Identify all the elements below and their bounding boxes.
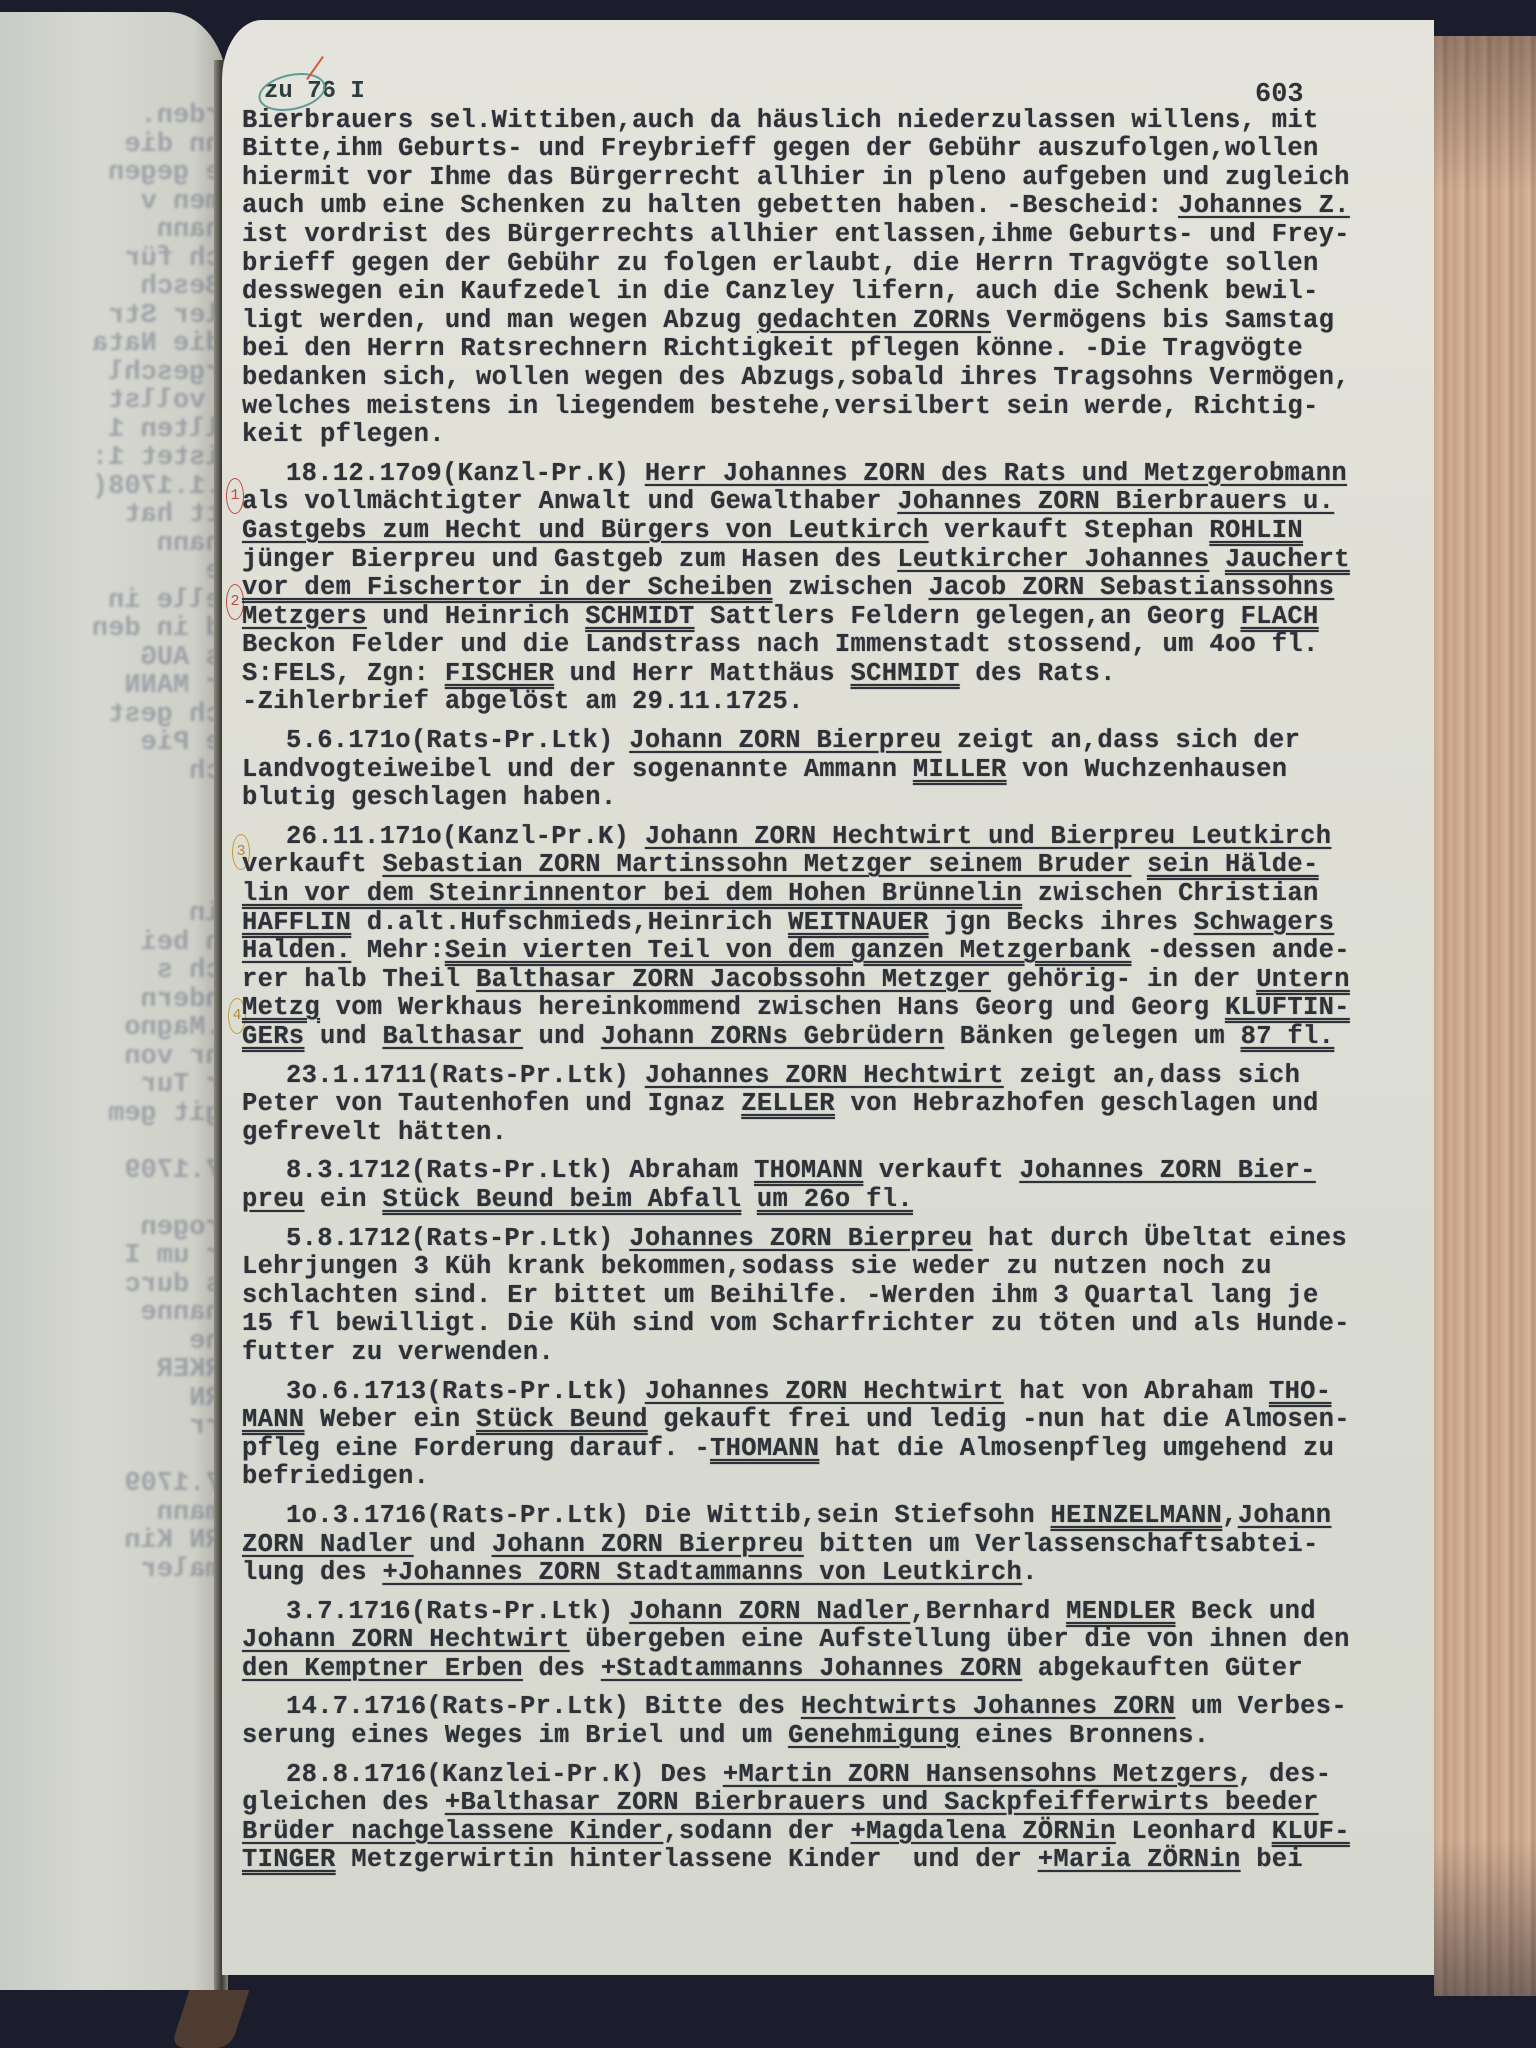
record-entry: 28.8.1716(Kanzlei-Pr.K) Des +Martin ZORN… xyxy=(242,1761,1422,1875)
text-run: um Verbes- xyxy=(1175,1692,1347,1721)
text-line: welches meistens in liegendem bestehe,ve… xyxy=(242,393,1422,422)
text-run: Sattlers Feldern gelegen,an Georg xyxy=(694,602,1240,631)
text-run: Beck und xyxy=(1175,1597,1315,1626)
text-run: 5.6.171o(Rats-Pr.Ltk) xyxy=(286,726,629,755)
text-run: welches meistens in liegendem bestehe,ve… xyxy=(242,392,1319,421)
text-run: , des- xyxy=(1238,1760,1332,1789)
underlined-name: den Kemptner Erben xyxy=(242,1654,523,1683)
double-underlined-term: FISCHER xyxy=(445,659,554,688)
record-entry: 5.8.1712(Rats-Pr.Ltk) Johannes ZORN Bier… xyxy=(242,1225,1422,1368)
double-underlined-term: HAFFLIN xyxy=(242,908,351,937)
record-entry: zu 76 IBierbrauers sel.Wittiben,auch da … xyxy=(242,78,1422,450)
underlined-name: Leutkircher Johannes xyxy=(897,545,1209,574)
text-line: S:FELS, Zgn: FISCHER und Herr Matthäus S… xyxy=(242,660,1422,689)
text-line: als vollmächtigter Anwalt und Gewalthabe… xyxy=(242,488,1422,517)
double-underlined-term: ZELLER xyxy=(741,1089,835,1118)
text-run: hat von Abraham xyxy=(1004,1377,1269,1406)
text-line: Johann ZORN Hechtwirt übergeben eine Auf… xyxy=(242,1626,1422,1655)
text-run xyxy=(741,1185,757,1214)
underlined-name: Jacob ZORN Sebastianssohns xyxy=(929,573,1335,602)
text-line: bedanken sich, wollen wegen des Abzugs,s… xyxy=(242,364,1422,393)
text-run: und xyxy=(523,1022,601,1051)
text-line: serung eines Weges im Briel und um Geneh… xyxy=(242,1722,1422,1751)
double-underlined-term: MANN xyxy=(242,1405,304,1434)
underlined-name: +Johannes ZORN Stadtammanns von Leutkirc… xyxy=(382,1558,1022,1587)
text-run: hat durch Übeltat eines xyxy=(973,1224,1347,1253)
text-line: 14.7.1716(Rats-Pr.Ltk) Bitte des Hechtwi… xyxy=(242,1693,1422,1722)
underlined-name: Hechtwirts Johannes ZORN xyxy=(801,1692,1175,1721)
record-entry: 18.12.17o9(Kanzl-Pr.K) Herr Johannes ZOR… xyxy=(242,460,1422,717)
text-line: Bitte,ihm Geburts- und Freybrieff gegen … xyxy=(242,135,1422,164)
text-line: pfleg eine Forderung darauf. -THOMANN ha… xyxy=(242,1435,1422,1464)
text-run: 15 fl bewilligt. Die Küh sind vom Scharf… xyxy=(242,1309,1350,1338)
text-line: gefrevelt hätten. xyxy=(242,1119,1422,1148)
text-line: -Zihlerbrief abgelöst am 29.11.1725. xyxy=(242,688,1422,717)
text-run: bedanken sich, wollen wegen des Abzugs,s… xyxy=(242,363,1350,392)
text-run: hiermit vor Ihme das Bürgerrecht allhier… xyxy=(242,163,1350,192)
double-underlined-term: 87 fl. xyxy=(1241,1022,1335,1051)
underlined-name: Metzgers xyxy=(242,602,367,631)
underlined-name: Johann ZORN Nadler xyxy=(629,1597,910,1626)
underlined-name: +Stadtammanns Johannes ZORN xyxy=(601,1654,1022,1683)
text-line: 5.8.1712(Rats-Pr.Ltk) Johannes ZORN Bier… xyxy=(242,1225,1422,1254)
text-line: bei den Herrn Ratsrechnern Richtigkeit p… xyxy=(242,335,1422,364)
text-line: hiermit vor Ihme das Bürgerrecht allhier… xyxy=(242,164,1422,193)
text-line: Metzgers und Heinrich SCHMIDT Sattlers F… xyxy=(242,603,1422,632)
text-line: Peter von Tautenhofen und Ignaz ZELLER v… xyxy=(242,1090,1422,1119)
text-run: -Zihlerbrief abgelöst am 29.11.1725. xyxy=(242,687,804,716)
text-run: bei xyxy=(1241,1845,1303,1874)
text-run: keit pflegen. xyxy=(242,420,445,449)
double-underlined-term: HEINZELMANN xyxy=(1051,1501,1223,1530)
document-body: zu 76 IBierbrauers sel.Wittiben,auch da … xyxy=(242,78,1422,1885)
text-run: Mehr: xyxy=(351,936,445,965)
text-run: Weber ein xyxy=(304,1405,476,1434)
text-line: 5.6.171o(Rats-Pr.Ltk) Johann ZORN Bierpr… xyxy=(242,727,1422,756)
text-run: pfleg eine Forderung darauf. - xyxy=(242,1434,710,1463)
text-run: abgekauften Güter xyxy=(1022,1654,1303,1683)
text-line: Lehrjungen 3 Küh krank bekommen,sodass s… xyxy=(242,1253,1422,1282)
double-underlined-term: FLACH xyxy=(1241,602,1319,631)
record-entry: 1o.3.1716(Rats-Pr.Ltk) Die Wittib,sein S… xyxy=(242,1502,1422,1588)
text-run: ,Bernhard xyxy=(910,1597,1066,1626)
text-line: 23.1.1711(Rats-Pr.Ltk) Johannes ZORN Hec… xyxy=(242,1062,1422,1091)
underlined-name: Johann ZORN Hechtwirt xyxy=(242,1625,570,1654)
text-line: Metzg vom Werkhaus hereinkommend zwische… xyxy=(242,994,1422,1023)
text-line: blutig geschlagen haben. xyxy=(242,784,1422,813)
text-run: vom Werkhaus hereinkommend zwischen Hans… xyxy=(320,993,1225,1022)
underlined-name: Balthasar ZORN Jacobssohn Metzger xyxy=(476,965,991,994)
text-run: brieff gegen der Gebühr zu folgen erlaub… xyxy=(242,249,1319,278)
double-underlined-term: SCHMIDT xyxy=(851,659,960,688)
text-line: MANN Weber ein Stück Beund gekauft frei … xyxy=(242,1406,1422,1435)
double-underlined-term: Stück Beund beim Abfall xyxy=(382,1185,741,1214)
underlined-name: Johann ZORN Hechtwirt und Bierpreu Leutk… xyxy=(645,822,1332,851)
text-run: 28.8.1716(Kanzlei-Pr.K) Des xyxy=(286,1760,723,1789)
text-run: und xyxy=(414,1530,492,1559)
text-run: zwischen Christian xyxy=(1022,879,1318,908)
text-line: 26.11.171o(Kanzl-Pr.K) Johann ZORN Hecht… xyxy=(242,823,1422,852)
text-run: Landvogteiweibel und der sogenannte Amma… xyxy=(242,755,913,784)
text-run: -dessen ande- xyxy=(1131,936,1349,965)
text-line: Brüder nachgelassene Kinder,sodann der +… xyxy=(242,1818,1422,1847)
text-run: lung des xyxy=(242,1558,382,1587)
text-run: übergeben eine Aufstellung über die von … xyxy=(570,1625,1350,1654)
text-run: schlachten sind. Er bittet um Beihilfe. … xyxy=(242,1281,1319,1310)
text-run: 3.7.1716(Rats-Pr.Ltk) xyxy=(286,1597,629,1626)
text-run: als vollmächtigter Anwalt und Gewalthabe… xyxy=(242,487,897,516)
text-run: gekauft frei und ledig -nun hat die Almo… xyxy=(648,1405,1350,1434)
text-line: GERs und Balthasar und Johann ZORNs Gebr… xyxy=(242,1023,1422,1052)
text-run: zeigt an,dass sich xyxy=(1004,1061,1300,1090)
underlined-name: Gastgebs zum Hecht und Bürgers von Leutk… xyxy=(242,516,929,545)
text-run: serung eines Weges im Briel und um xyxy=(242,1721,788,1750)
text-run: ,sodann der xyxy=(663,1817,850,1846)
left-page-bleed-text: worden. dann die lte gegen ommen v Johan… xyxy=(0,102,228,1584)
double-underlined-term: THOMANN xyxy=(710,1434,819,1463)
text-run: S:FELS, Zgn: xyxy=(242,659,445,688)
underlined-name: ZORN Nadler xyxy=(242,1530,414,1559)
underlined-name: Johannes Z. xyxy=(1178,191,1350,220)
text-line: befriedigen. xyxy=(242,1463,1422,1492)
text-run: blutig geschlagen haben. xyxy=(242,783,616,812)
text-line: Gastgebs zum Hecht und Bürgers von Leutk… xyxy=(242,517,1422,546)
underlined-name: Johannes ZORN Bierbrauers u. xyxy=(897,487,1334,516)
text-run xyxy=(1209,545,1225,574)
text-run: und Heinrich xyxy=(367,602,585,631)
underlined-name: Schwagers xyxy=(1194,908,1334,937)
underlined-name: Johannes ZORN Hechtwirt xyxy=(645,1377,1004,1406)
double-underlined-term: KLUFTIN- xyxy=(1225,993,1350,1022)
underlined-name: Johann ZORNs Gebrüdern xyxy=(601,1022,944,1051)
text-run: desswegen ein Kaufzedel in die Canzley l… xyxy=(242,277,1319,306)
text-run: Bierbrauers sel.Wittiben,auch da häuslic… xyxy=(242,106,1319,135)
text-run: ein xyxy=(304,1185,382,1214)
double-underlined-term: TINGER xyxy=(242,1845,336,1874)
text-run: Beckon Felder und die Landstrass nach Im… xyxy=(242,630,1319,659)
text-line: keit pflegen. xyxy=(242,421,1422,450)
record-entry: 5.6.171o(Rats-Pr.Ltk) Johann ZORN Bierpr… xyxy=(242,727,1422,813)
text-line: rer halb Theil Balthasar ZORN Jacobssohn… xyxy=(242,966,1422,995)
text-run: Peter von Tautenhofen und Ignaz xyxy=(242,1089,741,1118)
text-run: gleichen des xyxy=(242,1788,445,1817)
underlined-name: Johann xyxy=(1238,1501,1332,1530)
text-run: ligt werden, und man wegen Abzug xyxy=(242,306,757,335)
double-underlined-term: MILLER xyxy=(913,755,1007,784)
text-run: befriedigen. xyxy=(242,1462,429,1491)
text-run: des xyxy=(523,1654,601,1683)
record-entry: 3o.6.1713(Rats-Pr.Ltk) Johannes ZORN Hec… xyxy=(242,1378,1422,1492)
bookmark-ribbon xyxy=(171,1990,250,2048)
text-run: zwischen xyxy=(772,573,928,602)
text-run: 23.1.1711(Rats-Pr.Ltk) xyxy=(286,1061,645,1090)
text-line: jünger Bierpreu und Gastgeb zum Hasen de… xyxy=(242,546,1422,575)
record-entry: 26.11.171o(Kanzl-Pr.K) Johann ZORN Hecht… xyxy=(242,823,1422,1052)
text-run: Vermögens bis Samstag xyxy=(991,306,1334,335)
text-run: rer halb Theil xyxy=(242,965,476,994)
text-line: 1o.3.1716(Rats-Pr.Ltk) Die Wittib,sein S… xyxy=(242,1502,1422,1531)
text-run: Bitte,ihm Geburts- und Freybrieff gegen … xyxy=(242,134,1319,163)
double-underlined-term: lin vor dem Steinrinnentor bei dem Hohen… xyxy=(242,879,1022,908)
text-run: . xyxy=(1022,1558,1038,1587)
text-run: von Wuchzenhausen xyxy=(1007,755,1288,784)
text-run: verkauft xyxy=(242,850,382,879)
underlined-name: Balthasar xyxy=(382,1022,522,1051)
underlined-name: Herr Johannes ZORN des Rats und Metzgero… xyxy=(645,459,1347,488)
underlined-name: Johann ZORN Bierpreu xyxy=(492,1530,804,1559)
text-line: 15 fl bewilligt. Die Küh sind vom Scharf… xyxy=(242,1310,1422,1339)
double-underlined-term: Untern xyxy=(1256,965,1350,994)
text-line: 28.8.1716(Kanzlei-Pr.K) Des +Martin ZORN… xyxy=(242,1761,1422,1790)
underlined-name: +Balthasar ZORN Bierbrauers und Sackpfei… xyxy=(445,1788,1319,1817)
underlined-name: Brüder nachgelassene Kinder xyxy=(242,1817,663,1846)
text-run: verkauft xyxy=(863,1156,1019,1185)
text-line: den Kemptner Erben des +Stadtammanns Joh… xyxy=(242,1655,1422,1684)
text-line: 3.7.1716(Rats-Pr.Ltk) Johann ZORN Nadler… xyxy=(242,1598,1422,1627)
text-run: des Rats. xyxy=(960,659,1116,688)
text-run: ist vordrist des Bürgerrechts allhier en… xyxy=(242,220,1350,249)
double-underlined-term: vor dem Fischertor in der Scheiben xyxy=(242,573,772,602)
text-line: schlachten sind. Er bittet um Beihilfe. … xyxy=(242,1282,1422,1311)
text-run: bitten um Verlassenschaftsabtei- xyxy=(804,1530,1319,1559)
text-line: 8.3.1712(Rats-Pr.Ltk) Abraham THOMANN ve… xyxy=(242,1157,1422,1186)
text-line: Halden. Mehr:Sein vierten Teil von dem g… xyxy=(242,937,1422,966)
text-run: gefrevelt hätten. xyxy=(242,1118,507,1147)
record-entry: 3.7.1716(Rats-Pr.Ltk) Johann ZORN Nadler… xyxy=(242,1598,1422,1684)
double-underlined-term: Stück Beund xyxy=(476,1405,648,1434)
text-line: Bierbrauers sel.Wittiben,auch da häuslic… xyxy=(242,107,1422,136)
text-run: hat die Almosenpfleg umgehend zu xyxy=(819,1434,1334,1463)
underlined-name: gedachten ZORNs xyxy=(757,306,991,335)
text-run: und xyxy=(304,1022,382,1051)
double-underlined-term: Jauchert xyxy=(1225,545,1350,574)
text-run: von Hebrazhofen geschlagen und xyxy=(835,1089,1319,1118)
text-line: Beckon Felder und die Landstrass nach Im… xyxy=(242,631,1422,660)
text-run: , xyxy=(1222,1501,1238,1530)
text-run: Lehrjungen 3 Küh krank bekommen,sodass s… xyxy=(242,1252,1272,1281)
double-underlined-term: Sein vierten Teil von dem ganzen Metzger… xyxy=(445,936,1132,965)
double-underlined-term: um 26o fl. xyxy=(757,1185,913,1214)
text-line: 3o.6.1713(Rats-Pr.Ltk) Johannes ZORN Hec… xyxy=(242,1378,1422,1407)
text-run: jünger Bierpreu und Gastgeb zum Hasen de… xyxy=(242,545,897,574)
text-line: gleichen des +Balthasar ZORN Bierbrauers… xyxy=(242,1789,1422,1818)
double-underlined-term: KLUF- xyxy=(1272,1817,1350,1846)
underlined-name: Johannes ZORN Bier- xyxy=(1019,1156,1315,1185)
text-run: gehörig- in der xyxy=(991,965,1256,994)
double-underlined-term: GERs xyxy=(242,1022,304,1051)
double-underlined-term: ROHLIN xyxy=(1209,516,1303,545)
text-run: futter zu verwenden. xyxy=(242,1338,554,1367)
record-entry: 14.7.1716(Rats-Pr.Ltk) Bitte des Hechtwi… xyxy=(242,1693,1422,1750)
text-run: Bänken gelegen um xyxy=(944,1022,1240,1051)
record-entry: 23.1.1711(Rats-Pr.Ltk) Johannes ZORN Hec… xyxy=(242,1062,1422,1148)
text-line: lin vor dem Steinrinnentor bei dem Hohen… xyxy=(242,880,1422,909)
double-underlined-term: sein Hälde- xyxy=(1147,850,1319,879)
text-line: auch umb eine Schenken zu halten gebette… xyxy=(242,192,1422,221)
page-fore-edge xyxy=(1434,36,1536,1996)
double-underlined-term: THOMANN xyxy=(754,1156,863,1185)
text-run xyxy=(1131,850,1147,879)
text-line: preu ein Stück Beund beim Abfall um 26o … xyxy=(242,1186,1422,1215)
text-run: 8.3.1712(Rats-Pr.Ltk) Abraham xyxy=(286,1156,754,1185)
text-run: und Herr Matthäus xyxy=(554,659,850,688)
underlined-name: +Maria ZÖRNin xyxy=(1038,1845,1241,1874)
text-line: desswegen ein Kaufzedel in die Canzley l… xyxy=(242,278,1422,307)
underlined-name: Halden. xyxy=(242,936,351,965)
text-line: HAFFLIN d.alt.Hufschmieds,Heinrich WEITN… xyxy=(242,909,1422,938)
double-underlined-term: MENDLER xyxy=(1066,1597,1175,1626)
text-line: lung des +Johannes ZORN Stadtammanns von… xyxy=(242,1559,1422,1588)
text-run: bei den Herrn Ratsrechnern Richtigkeit p… xyxy=(242,334,1303,363)
text-run: eines Bronnens. xyxy=(960,1721,1210,1750)
underlined-name: preu xyxy=(242,1185,304,1214)
text-run: 1o.3.1716(Rats-Pr.Ltk) Die Wittib,sein S… xyxy=(286,1501,1051,1530)
text-line: verkauft Sebastian ZORN Martinssohn Metz… xyxy=(242,851,1422,880)
text-line: 18.12.17o9(Kanzl-Pr.K) Herr Johannes ZOR… xyxy=(242,460,1422,489)
text-run: verkauft Stephan xyxy=(929,516,1210,545)
text-line: TINGER Metzgerwirtin hinterlassene Kinde… xyxy=(242,1846,1422,1875)
text-line: futter zu verwenden. xyxy=(242,1339,1422,1368)
text-run: 3o.6.1713(Rats-Pr.Ltk) xyxy=(286,1377,645,1406)
text-run: Metzgerwirtin hinterlassene Kinder und d… xyxy=(336,1845,1038,1874)
text-run: 26.11.171o(Kanzl-Pr.K) xyxy=(286,822,645,851)
text-line: ZORN Nadler und Johann ZORN Bierpreu bit… xyxy=(242,1531,1422,1560)
text-line: brieff gegen der Gebühr zu folgen erlaub… xyxy=(242,250,1422,279)
underlined-name: Johannes ZORN Hechtwirt xyxy=(645,1061,1004,1090)
text-line: Landvogteiweibel und der sogenannte Amma… xyxy=(242,756,1422,785)
record-entry: 8.3.1712(Rats-Pr.Ltk) Abraham THOMANN ve… xyxy=(242,1157,1422,1214)
facing-left-page: worden. dann die lte gegen ommen v Johan… xyxy=(0,12,228,1990)
underlined-name: Sebastian ZORN Martinssohn Metzger seine… xyxy=(382,850,1131,879)
double-underlined-term: Metzg xyxy=(242,993,320,1022)
text-line: vor dem Fischertor in der Scheiben zwisc… xyxy=(242,574,1422,603)
underlined-name: Genehmigung xyxy=(788,1721,960,1750)
text-run: 18.12.17o9(Kanzl-Pr.K) xyxy=(286,459,645,488)
underlined-name: Johannes ZORN Bierpreu xyxy=(629,1224,972,1253)
text-run: 14.7.1716(Rats-Pr.Ltk) Bitte des xyxy=(286,1692,801,1721)
text-run: d.alt.Hufschmieds,Heinrich xyxy=(351,908,788,937)
underlined-name: +Magdalena ZÖRNin xyxy=(851,1817,1116,1846)
double-underlined-term: THO- xyxy=(1269,1377,1331,1406)
text-run: jgn Becks ihres xyxy=(929,908,1194,937)
double-underlined-term: SCHMIDT xyxy=(585,602,694,631)
text-line: ligt werden, und man wegen Abzug gedacht… xyxy=(242,307,1422,336)
underlined-name: Johann ZORN Bierpreu xyxy=(629,726,941,755)
text-run: auch umb eine Schenken zu halten gebette… xyxy=(242,191,1178,220)
text-line: ist vordrist des Bürgerrechts allhier en… xyxy=(242,221,1422,250)
text-line: zu 76 I xyxy=(242,78,1422,107)
underlined-name: +Martin ZORN Hansensohns Metzgers xyxy=(723,1760,1238,1789)
text-run: 5.8.1712(Rats-Pr.Ltk) xyxy=(286,1224,629,1253)
double-underlined-term: WEITNAUER xyxy=(788,908,928,937)
text-run: Leonhard xyxy=(1116,1817,1272,1846)
text-run: zeigt an,dass sich der xyxy=(941,726,1300,755)
